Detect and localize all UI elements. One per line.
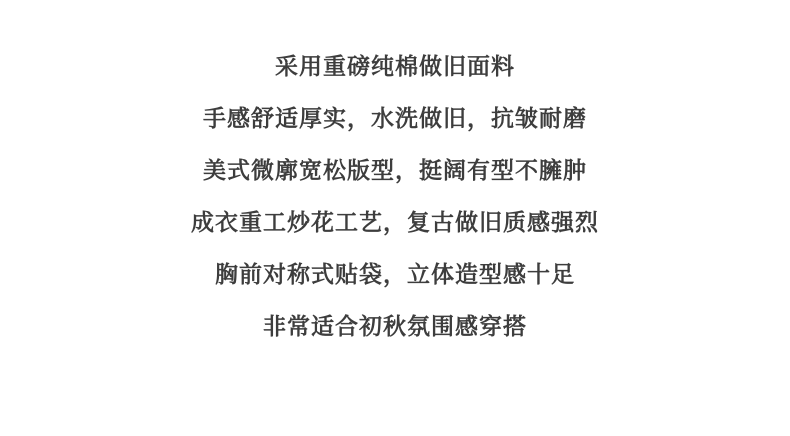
product-description-card: 采用重磅纯棉做旧面料 手感舒适厚实，水洗做旧，抗皱耐磨 美式微廓宽松版型，挺阔有… [0,0,790,436]
description-line-fabric: 采用重磅纯棉做旧面料 [275,40,515,92]
description-line-season: 非常适合初秋氛围感穿搭 [263,300,527,352]
description-line-fit: 美式微廓宽松版型，挺阔有型不臃肿 [203,144,587,196]
description-line-craft: 成衣重工炒花工艺，复古做旧质感强烈 [191,196,599,248]
description-line-feel: 手感舒适厚实，水洗做旧，抗皱耐磨 [203,92,587,144]
description-line-pockets: 胸前对称式贴袋，立体造型感十足 [215,248,575,300]
